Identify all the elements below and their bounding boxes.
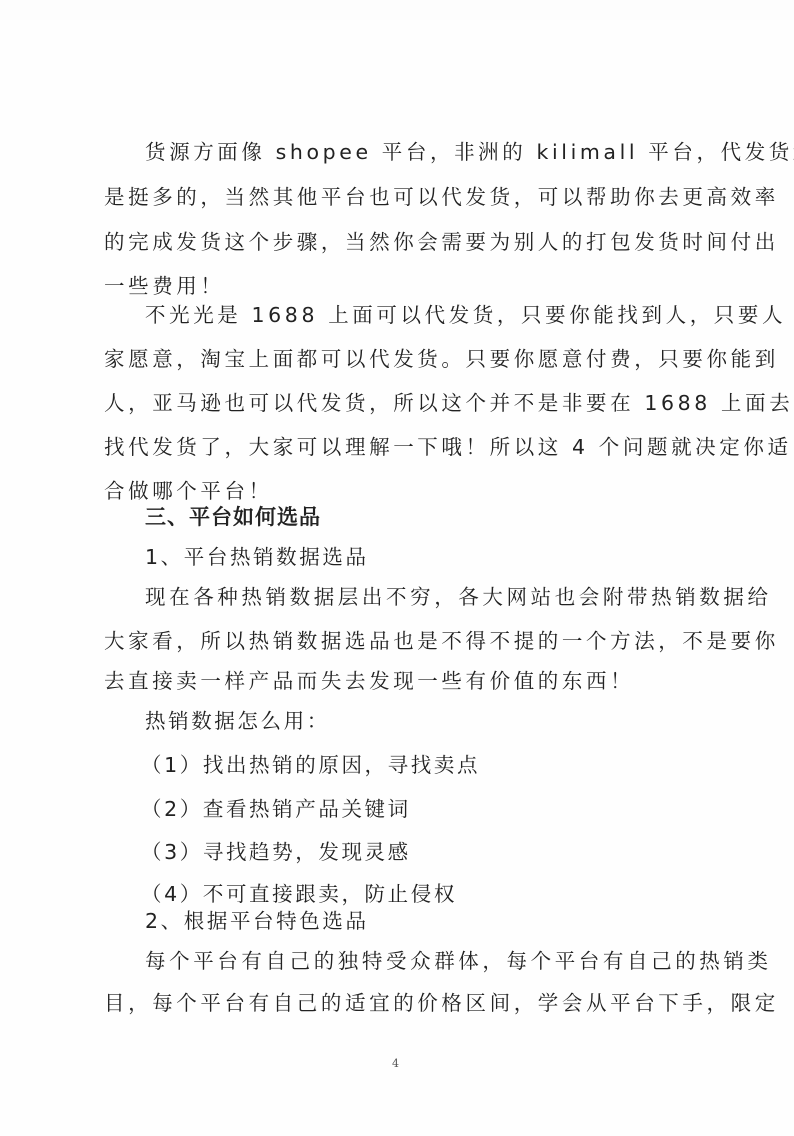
paragraph-1-line-4: 一些费用！ (104, 273, 704, 299)
paragraph-1-line-3: 的完成发货这个步骤，当然你会需要为别人的打包发货时间付出 (104, 229, 704, 255)
paragraph-2-line-4: 找代发货了，大家可以理解一下哦！所以这 4 个问题就决定你适 (104, 434, 704, 460)
list-item-3: （3）寻找趋势，发现灵感 (141, 839, 741, 865)
paragraph-2-line-3: 人，亚马逊也可以代发货，所以这个并不是非要在 1688 上面去 (104, 390, 704, 416)
subsection-1-title: 1、平台热销数据选品 (145, 544, 745, 570)
paragraph-2-line-5: 合做哪个平台！ (104, 478, 704, 504)
document-page: 货源方面像 shopee 平台，非洲的 kilimall 平台，代发货还 是挺多… (0, 0, 794, 1136)
scan-header-artifact (0, 0, 794, 20)
subsection-2-title: 2、根据平台特色选品 (145, 908, 745, 934)
paragraph-1-line-1: 货源方面像 shopee 平台，非洲的 kilimall 平台，代发货还 (145, 139, 745, 165)
subsection-2-para-line-1: 每个平台有自己的独特受众群体，每个平台有自己的热销类 (145, 948, 745, 974)
page-number: 4 (392, 1057, 399, 1070)
subsection-1-para-line-3: 去直接卖一样产品而失去发现一些有价值的东西！ (104, 668, 704, 694)
section-heading: 三、平台如何选品 (145, 504, 745, 530)
list-item-1: （1）找出热销的原因，寻找卖点 (141, 752, 741, 778)
paragraph-2-line-2: 家愿意，淘宝上面都可以代发货。只要你愿意付费，只要你能到 (104, 346, 704, 372)
list-item-4: （4）不可直接跟卖，防止侵权 (141, 881, 741, 907)
subsection-1-para-line-1: 现在各种热销数据层出不穷，各大网站也会附带热销数据给 (145, 584, 745, 610)
subsection-1-para-line-2: 大家看，所以热销数据选品也是不得不提的一个方法，不是要你 (104, 628, 704, 654)
list-item-2: （2）查看热销产品关键词 (141, 796, 741, 822)
list-intro: 热销数据怎么用： (145, 708, 745, 734)
paragraph-1-line-2: 是挺多的，当然其他平台也可以代发货，可以帮助你去更高效率 (104, 184, 704, 210)
subsection-2-para-line-2: 目，每个平台有自己的适宜的价格区间，学会从平台下手，限定 (104, 990, 704, 1016)
paragraph-2-line-1: 不光光是 1688 上面可以代发货，只要你能找到人，只要人 (145, 302, 745, 328)
